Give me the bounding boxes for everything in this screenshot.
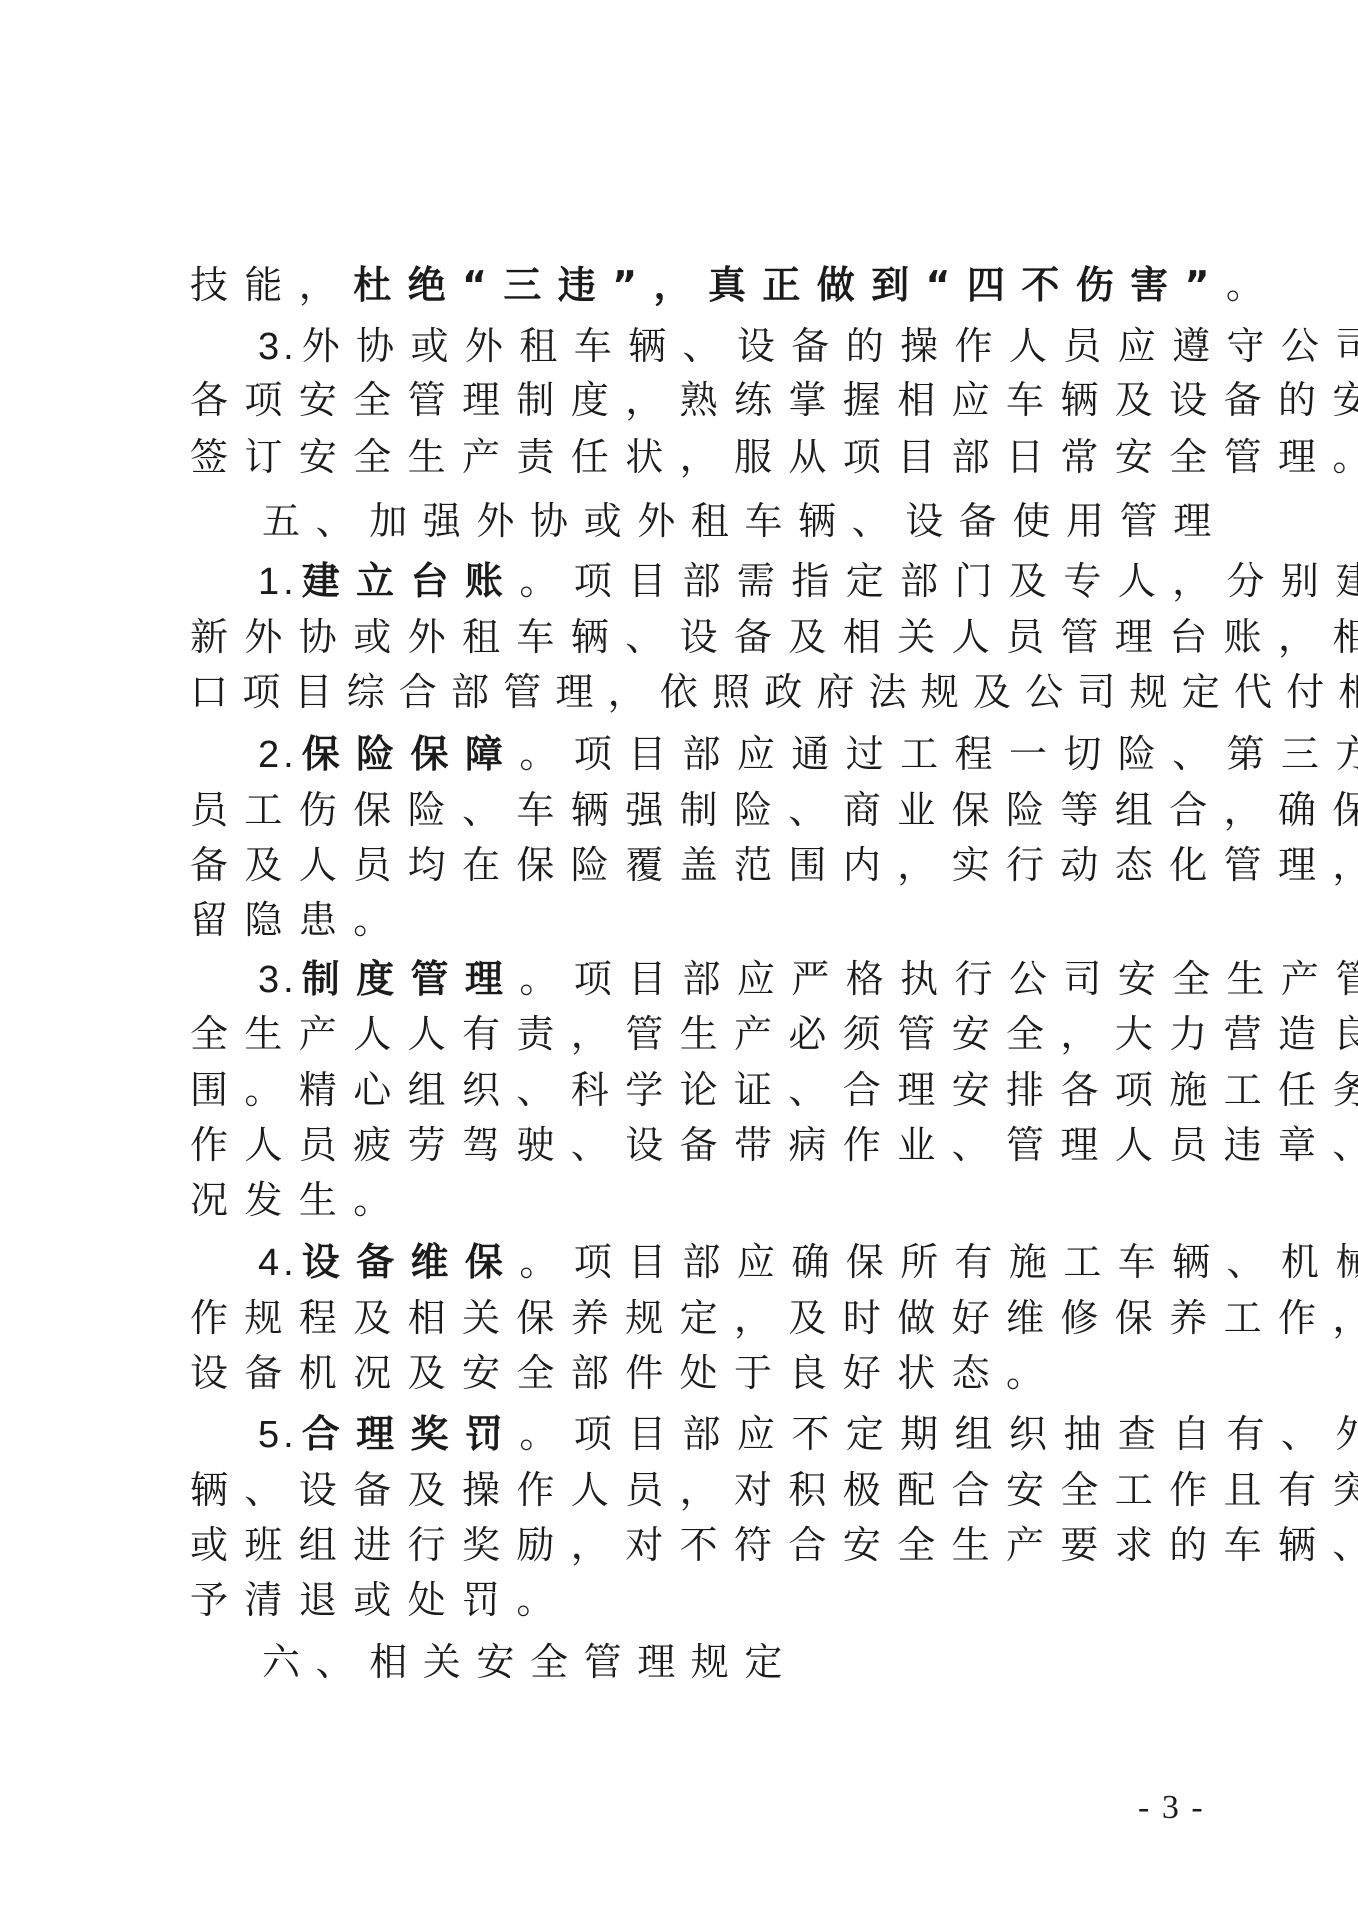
text-run: 辆、设备及操作人员，对积极配合安全工作且有突出表现的个人: [190, 1468, 1358, 1512]
text-line: 员工伤保险、车辆强制险、商业保险等组合，确保所有车辆、设: [190, 782, 1358, 838]
text-run: 况发生。: [190, 1178, 408, 1222]
text-run: 作人员疲劳驾驶、设备带病作业、管理人员违章、违规指挥等情: [190, 1123, 1358, 1167]
list-item-line: 5.合理奖罚。项目部应不定期组织抽查自有、外协或外租车: [258, 1406, 1358, 1462]
text-run: 签订安全生产责任状，服从项目部日常安全管理。: [190, 435, 1358, 479]
item-number: 4.: [258, 1242, 298, 1284]
bold-text-run: 杜绝“三违”，真正做到“四不伤害”: [353, 263, 1226, 307]
text-run: 围。精心组织、科学论证、合理安排各项施工任务，坚决杜绝操: [190, 1068, 1358, 1112]
text-line: 作规程及相关保养规定，及时做好维修保养工作，使车辆状况、: [190, 1290, 1358, 1346]
text-line: 况发生。: [190, 1172, 408, 1228]
list-item-line: 3.制度管理。项目部应严格执行公司安全生产管理制度，安: [258, 951, 1358, 1007]
text-line: 全生产人人有责，管生产必须管安全，大力营造良好安全生产氛: [190, 1006, 1358, 1062]
list-item-line: 3.外协或外租车辆、设备的操作人员应遵守公司及项目部的: [258, 318, 1358, 374]
document-page: 技能，杜绝“三违”，真正做到“四不伤害”。 3.外协或外租车辆、设备的操作人员应…: [0, 0, 1358, 1920]
text-line: 予清退或处罚。: [190, 1572, 571, 1628]
text-line: 辆、设备及操作人员，对积极配合安全工作且有突出表现的个人: [190, 1462, 1358, 1518]
text-line: 技能，杜绝“三违”，真正做到“四不伤害”。: [190, 257, 1280, 313]
item-number: 5.: [258, 1414, 298, 1456]
text-run: 或班组进行奖励，对不符合安全生产要求的车辆、设备及人员给: [190, 1523, 1358, 1567]
text-run: 全生产人人有责，管生产必须管安全，大力营造良好安全生产氛: [190, 1012, 1358, 1056]
list-item-line: 2.保险保障。项目部应通过工程一切险、第三方责任险、人: [258, 726, 1358, 782]
text-line: 签订安全生产责任状，服从项目部日常安全管理。: [190, 429, 1358, 485]
text-line: 留隐患。: [190, 892, 408, 948]
text-run: 备及人员均在保险覆盖范围内，实行动态化管理，不留漏洞，不: [190, 843, 1358, 887]
section-heading-text: 五、加强外协或外租车辆、设备使用管理: [262, 499, 1227, 543]
text-run: 留隐患。: [190, 898, 408, 942]
item-title: 制度管理: [302, 957, 520, 1001]
text-line: 设备机况及安全部件处于良好状态。: [190, 1345, 1060, 1401]
text-run: 设备机况及安全部件处于良好状态。: [190, 1351, 1060, 1395]
text-line: 备及人员均在保险覆盖范围内，实行动态化管理，不留漏洞，不: [190, 837, 1358, 893]
section-heading-text: 六、相关安全管理规定: [262, 1640, 798, 1684]
text-line: 口项目综合部管理，依照政府法规及公司规定代付相关人员工资。: [190, 664, 1358, 720]
text-run: 。项目部需指定部门及专人，分别建立并同步更: [519, 559, 1358, 603]
text-run: 。项目部应严格执行公司安全生产管理制度，安: [519, 957, 1358, 1001]
text-line: 作人员疲劳驾驶、设备带病作业、管理人员违章、违规指挥等情: [190, 1117, 1358, 1173]
text-run: 各项安全管理制度，熟练掌握相应车辆及设备的安全操作规程，: [190, 378, 1358, 422]
item-number: 2.: [258, 734, 298, 776]
list-item-line: 1.建立台账。项目部需指定部门及专人，分别建立并同步更: [258, 553, 1358, 609]
item-title: 建立台账: [302, 559, 520, 603]
text-line: 各项安全管理制度，熟练掌握相应车辆及设备的安全操作规程，: [190, 372, 1358, 428]
list-item-line: 4.设备维保。项目部应确保所有施工车辆、机械设备根据操: [258, 1234, 1358, 1290]
text-run: 予清退或处罚。: [190, 1578, 571, 1622]
text-run: 。: [1226, 263, 1280, 307]
section-heading: 六、相关安全管理规定: [262, 1634, 798, 1690]
page-number: - 3 -: [1138, 1788, 1205, 1828]
text-run: 。项目部应确保所有施工车辆、机械设备根据操: [519, 1240, 1358, 1284]
text-line: 新外协或外租车辆、设备及相关人员管理台账，相关人员统一归: [190, 609, 1358, 665]
item-title: 保险保障: [302, 732, 520, 776]
item-number: 3.: [258, 959, 298, 1001]
section-heading: 五、加强外协或外租车辆、设备使用管理: [262, 493, 1227, 549]
text-run: 口项目综合部管理，依照政府法规及公司规定代付相关人员工资。: [190, 670, 1358, 714]
item-title: 设备维保: [302, 1240, 520, 1284]
item-number: 1.: [258, 561, 298, 603]
text-run: 作规程及相关保养规定，及时做好维修保养工作，使车辆状况、: [190, 1296, 1358, 1340]
text-line: 或班组进行奖励，对不符合安全生产要求的车辆、设备及人员给: [190, 1517, 1358, 1573]
text-run: 。项目部应通过工程一切险、第三方责任险、人: [519, 732, 1358, 776]
text-run: 技能，: [190, 263, 353, 307]
text-run: 员工伤保险、车辆强制险、商业保险等组合，确保所有车辆、设: [190, 788, 1358, 832]
text-run: 外协或外租车辆、设备的操作人员应遵守公司及项目部的: [302, 324, 1358, 368]
item-title: 合理奖罚: [302, 1412, 520, 1456]
text-line: 围。精心组织、科学论证、合理安排各项施工任务，坚决杜绝操: [190, 1062, 1358, 1118]
item-number: 3.: [258, 326, 298, 368]
text-run: 新外协或外租车辆、设备及相关人员管理台账，相关人员统一归: [190, 615, 1358, 659]
text-run: 。项目部应不定期组织抽查自有、外协或外租车: [519, 1412, 1358, 1456]
